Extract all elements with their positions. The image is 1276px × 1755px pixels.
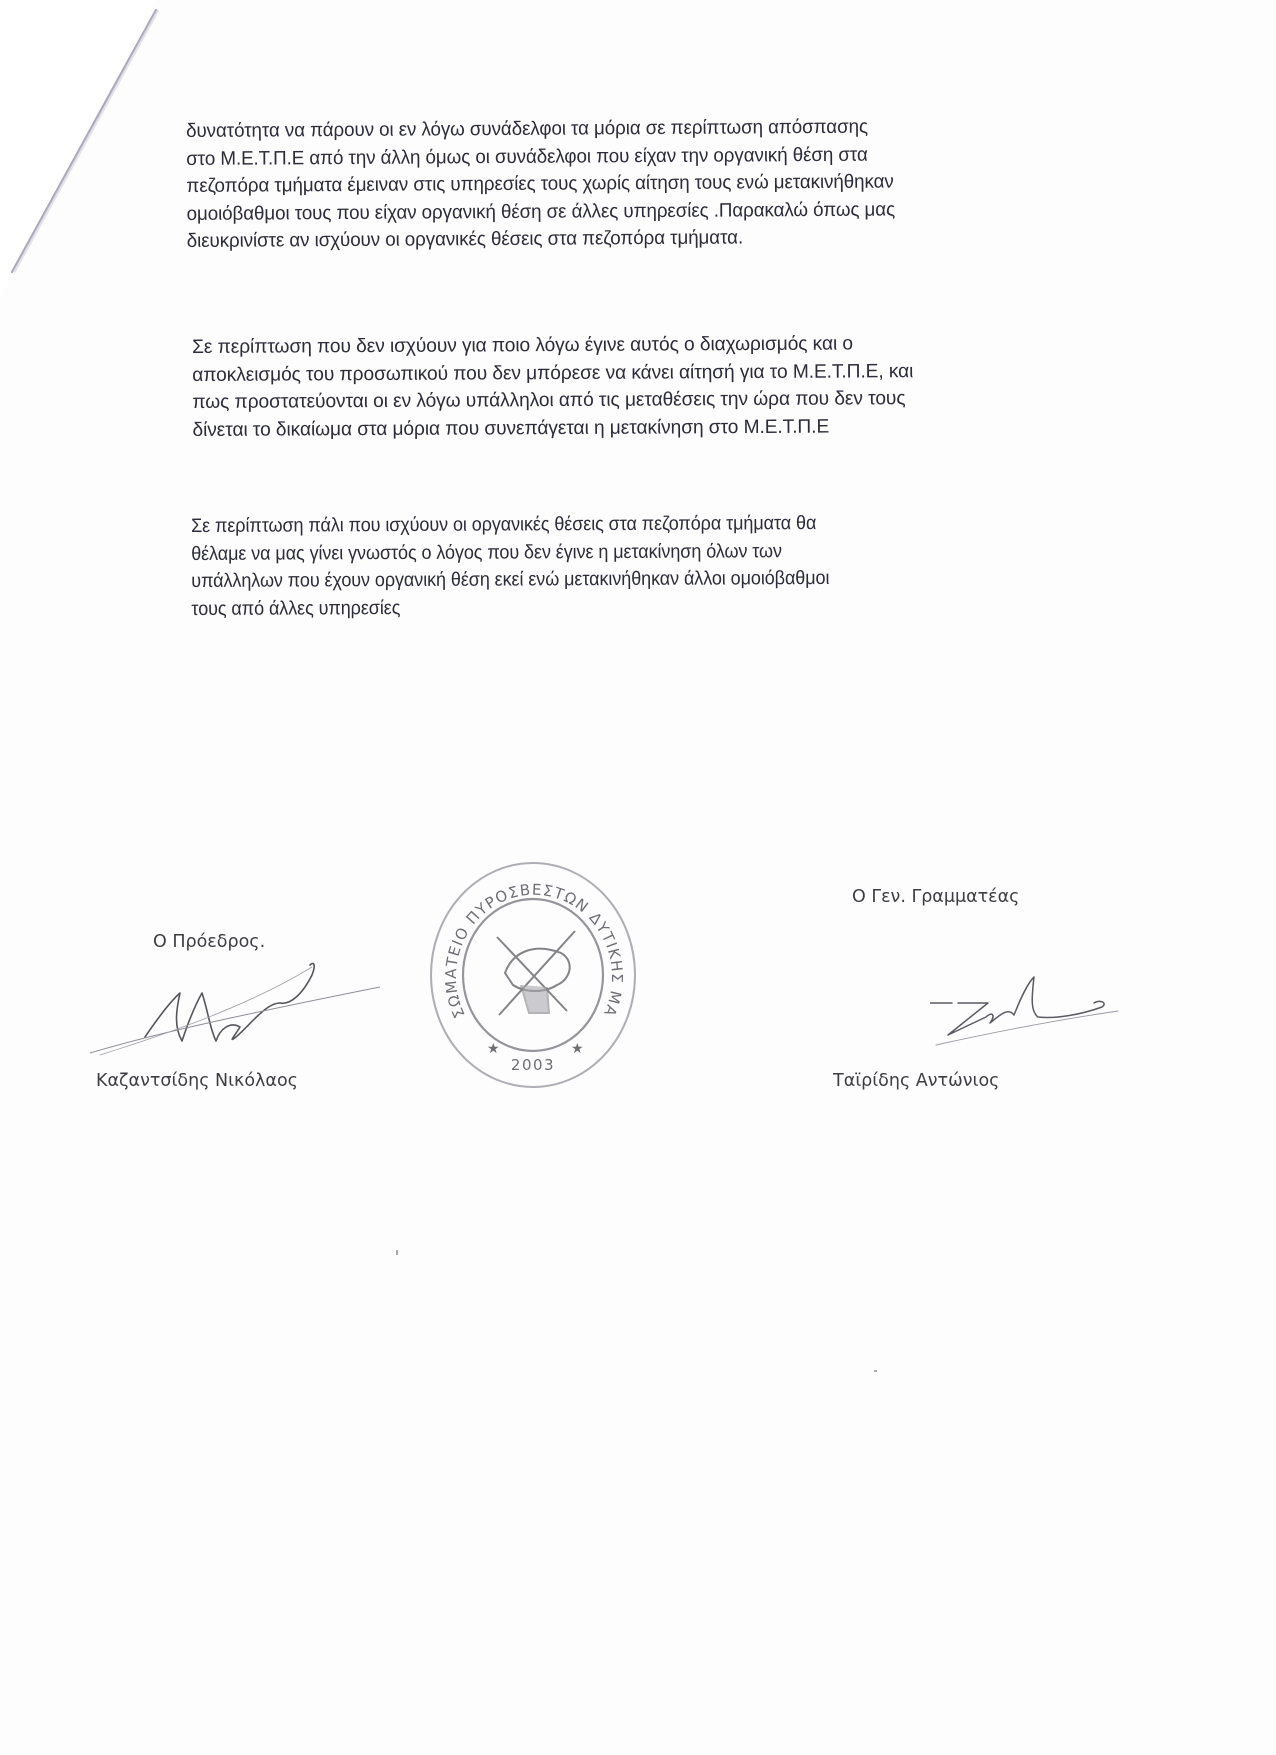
secretary-title: Ο Γεν. Γραμματέας bbox=[852, 887, 1019, 907]
scan-speck bbox=[874, 1370, 877, 1372]
body-paragraph-2: Σε περίπτωση που δεν ισχύουν για ποιο λό… bbox=[192, 329, 1079, 444]
scanned-letter-page: δυνατότητα να πάρουν οι εν λόγω συνάδελφ… bbox=[0, 0, 1276, 1755]
stamp-star-left: ★ bbox=[487, 1041, 500, 1057]
paragraph-line: Σε περίπτωση πάλι που ισχύουν οι οργανικ… bbox=[191, 509, 1024, 540]
scan-speck bbox=[396, 1250, 398, 1255]
president-title: Ο Πρόεδρος. bbox=[153, 932, 265, 952]
secretary-name: Ταϊρίδης Αντώνιος bbox=[833, 1071, 999, 1091]
president-name: Καζαντσίδης Νικόλαος bbox=[96, 1071, 298, 1091]
paragraph-line: θέλαμε να μας γίνει γνωστός ο λόγος που … bbox=[191, 537, 1024, 568]
president-signature-icon bbox=[90, 945, 380, 1065]
stamp-star-right: ★ bbox=[571, 1041, 584, 1057]
secretary-signature-icon bbox=[930, 975, 1120, 1050]
paragraph-line: τους από άλλες υπηρεσίες bbox=[191, 592, 1024, 623]
paragraph-line: διευκρινίστε αν ισχύουν οι οργανικές θέσ… bbox=[187, 223, 1056, 256]
paragraph-line: υπάλληλων που έχουν οργανική θέση εκεί ε… bbox=[191, 564, 1024, 595]
stamp-year: 2003 bbox=[511, 1056, 555, 1074]
scan-fold-edge bbox=[0, 0, 180, 300]
association-stamp-icon: ΣΩΜΑΤΕΙΟ ΠΥΡΟΣΒΕΣΤΩΝ ΔΥΤΙΚΗΣ ΜΑΚΕΔΟΝΙΑΣ … bbox=[425, 855, 640, 1095]
body-paragraph-1: δυνατότητα να πάρουν οι εν λόγω συνάδελφ… bbox=[186, 113, 1055, 256]
body-paragraph-3: Σε περίπτωση πάλι που ισχύουν οι οργανικ… bbox=[191, 509, 1024, 623]
paragraph-line: δίνεται το δικαίωμα στα μόρια που συνεπά… bbox=[192, 412, 1079, 444]
